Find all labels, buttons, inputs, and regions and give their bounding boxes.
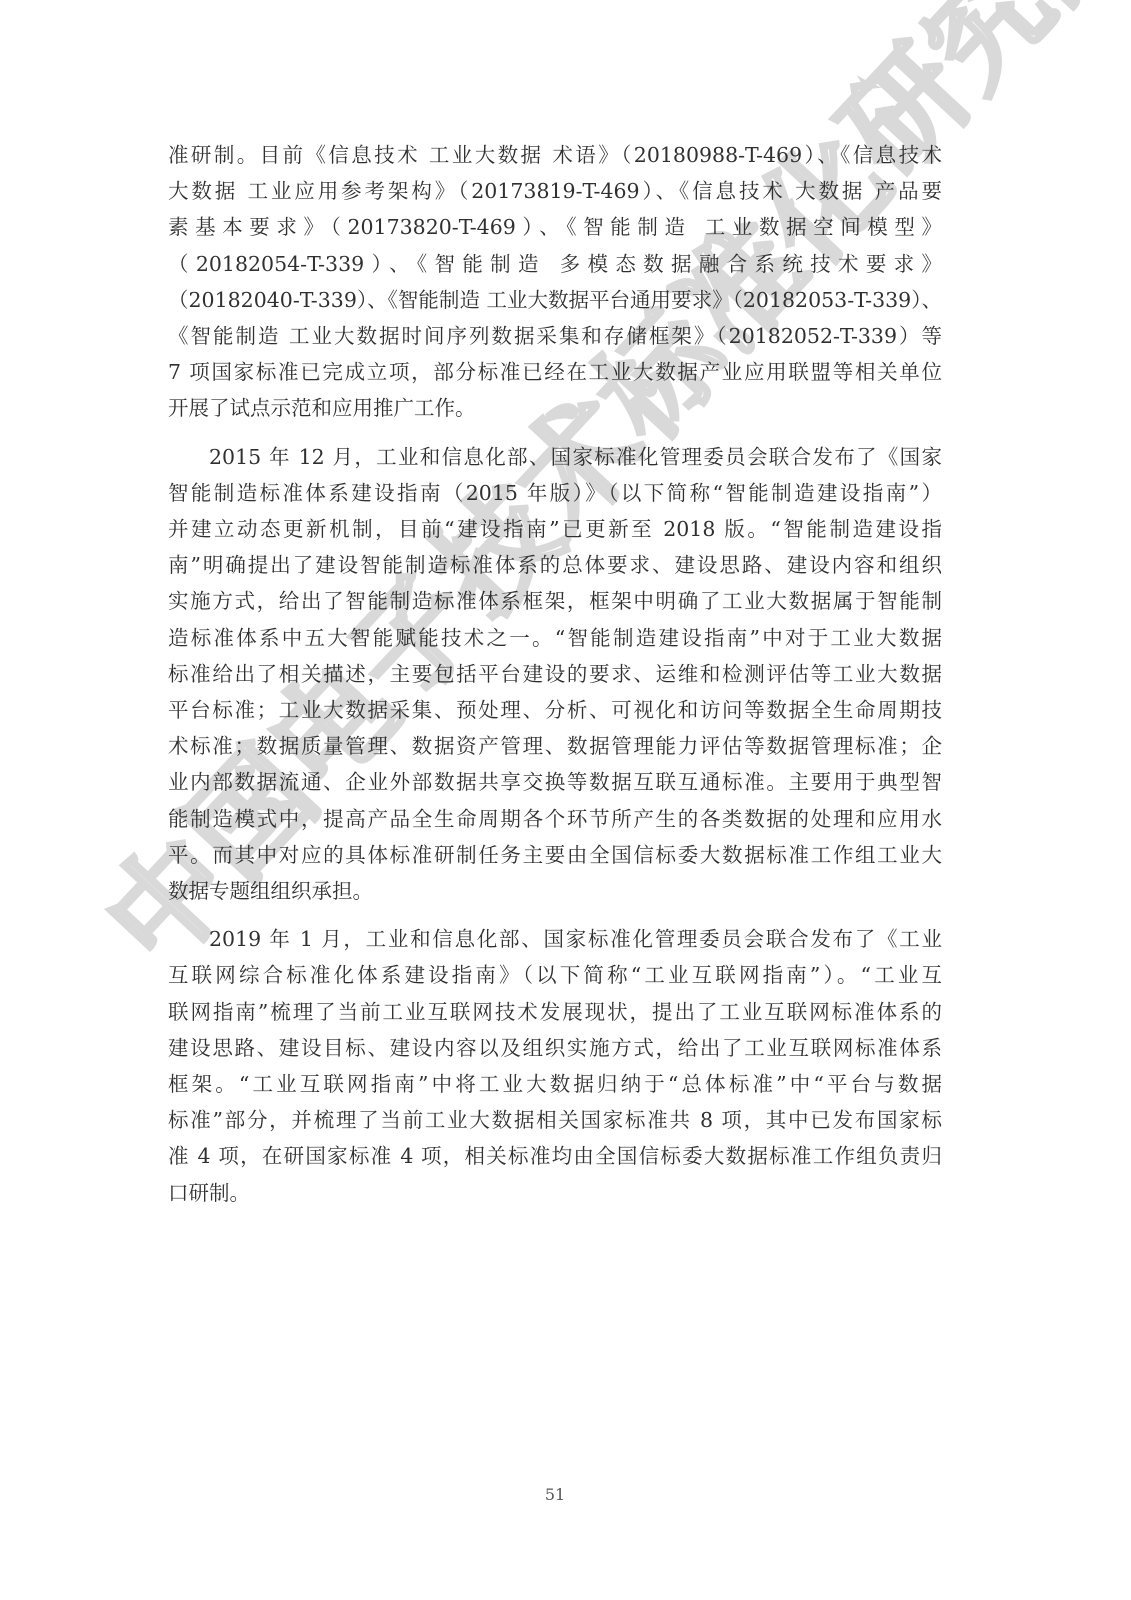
text-line: 口研制。 [168, 1175, 942, 1211]
text-line: 框架。“工业互联网指南”中将工业大数据归纳于“总体标准”中“平台与数据 [168, 1066, 942, 1102]
text-line: 数据专题组组织承担。 [168, 873, 942, 909]
text-line: 联网指南”梳理了当前工业互联网技术发展现状，提出了工业互联网标准体系的 [168, 994, 942, 1030]
text-line: 南”明确提出了建设智能制造标准体系的总体要求、建设思路、建设内容和组织 [168, 547, 942, 583]
text-line: 并建立动态更新机制，目前“建设指南”已更新至 2018 版。“智能制造建设指 [168, 511, 942, 547]
text-line: 能制造模式中，提高产品全生命周期各个环节所产生的各类数据的处理和应用水 [168, 801, 942, 837]
text-line: 2019 年 1 月，工业和信息化部、国家标准化管理委员会联合发布了《工业 [168, 921, 942, 957]
text-line: 造标准体系中五大智能赋能技术之一。“智能制造建设指南”中对于工业大数据 [168, 620, 942, 656]
text-line: 《智能制造 工业大数据时间序列数据采集和存储框架》（20182052-T-339… [168, 318, 942, 354]
text-line: 业内部数据流通、企业外部数据共享交换等数据互联互通标准。主要用于典型智 [168, 764, 942, 800]
text-line: 平台标准；工业大数据采集、预处理、分析、可视化和访问等数据全生命周期技 [168, 692, 942, 728]
paragraph-standards-list: 准研制。目前《信息技术 工业大数据 术语》（20180988-T-469）、《信… [168, 137, 942, 427]
text-line: 建设思路、建设目标、建设内容以及组织实施方式，给出了工业互联网标准体系 [168, 1030, 942, 1066]
paragraph-industrial-internet-guide: 2019 年 1 月，工业和信息化部、国家标准化管理委员会联合发布了《工业 互联… [168, 921, 942, 1211]
document-page: 中国电子技术标准化研究院 准研制。目前《信息技术 工业大数据 术语》（20180… [0, 0, 1131, 1600]
text-line: 大数据 工业应用参考架构》（20173819-T-469）、《信息技术 大数据 … [168, 173, 942, 209]
text-line: 标准给出了相关描述，主要包括平台建设的要求、运维和检测评估等工业大数据 [168, 656, 942, 692]
text-line: （20182054-T-339）、《智能制造 多模态数据融合系统技术要求》 [168, 246, 942, 282]
text-line: 智能制造标准体系建设指南（2015 年版）》（以下简称“智能制造建设指南”） [168, 475, 942, 511]
text-line: 2015 年 12 月，工业和信息化部、国家标准化管理委员会联合发布了《国家 [168, 439, 942, 475]
paragraph-smart-manufacturing-guide: 2015 年 12 月，工业和信息化部、国家标准化管理委员会联合发布了《国家 智… [168, 439, 942, 910]
text-line: 开展了试点示范和应用推广工作。 [168, 390, 942, 426]
text-line: 7 项国家标准已完成立项，部分标准已经在工业大数据产业应用联盟等相关单位 [168, 354, 942, 390]
document-body: 准研制。目前《信息技术 工业大数据 术语》（20180988-T-469）、《信… [168, 137, 942, 1211]
text-line: 素基本要求》（20173820-T-469）、《智能制造 工业数据空间模型》 [168, 209, 942, 245]
text-line: （20182040-T-339）、《智能制造 工业大数据平台通用要求》（2018… [168, 282, 942, 318]
text-line: 准研制。目前《信息技术 工业大数据 术语》（20180988-T-469）、《信… [168, 137, 942, 173]
text-line: 平。而其中对应的具体标准研制任务主要由全国信标委大数据标准工作组工业大 [168, 837, 942, 873]
text-line: 实施方式，给出了智能制造标准体系框架，框架中明确了工业大数据属于智能制 [168, 583, 942, 619]
text-line: 互联网综合标准化体系建设指南》（以下简称“工业互联网指南”）。“工业互 [168, 957, 942, 993]
text-line: 准 4 项，在研国家标准 4 项，相关标准均由全国信标委大数据标准工作组负责归 [168, 1138, 942, 1174]
text-line: 术标准；数据质量管理、数据资产管理、数据管理能力评估等数据管理标准；企 [168, 728, 942, 764]
text-line: 标准”部分，并梳理了当前工业大数据相关国家标准共 8 项，其中已发布国家标 [168, 1102, 942, 1138]
page-number: 51 [0, 1485, 1110, 1504]
